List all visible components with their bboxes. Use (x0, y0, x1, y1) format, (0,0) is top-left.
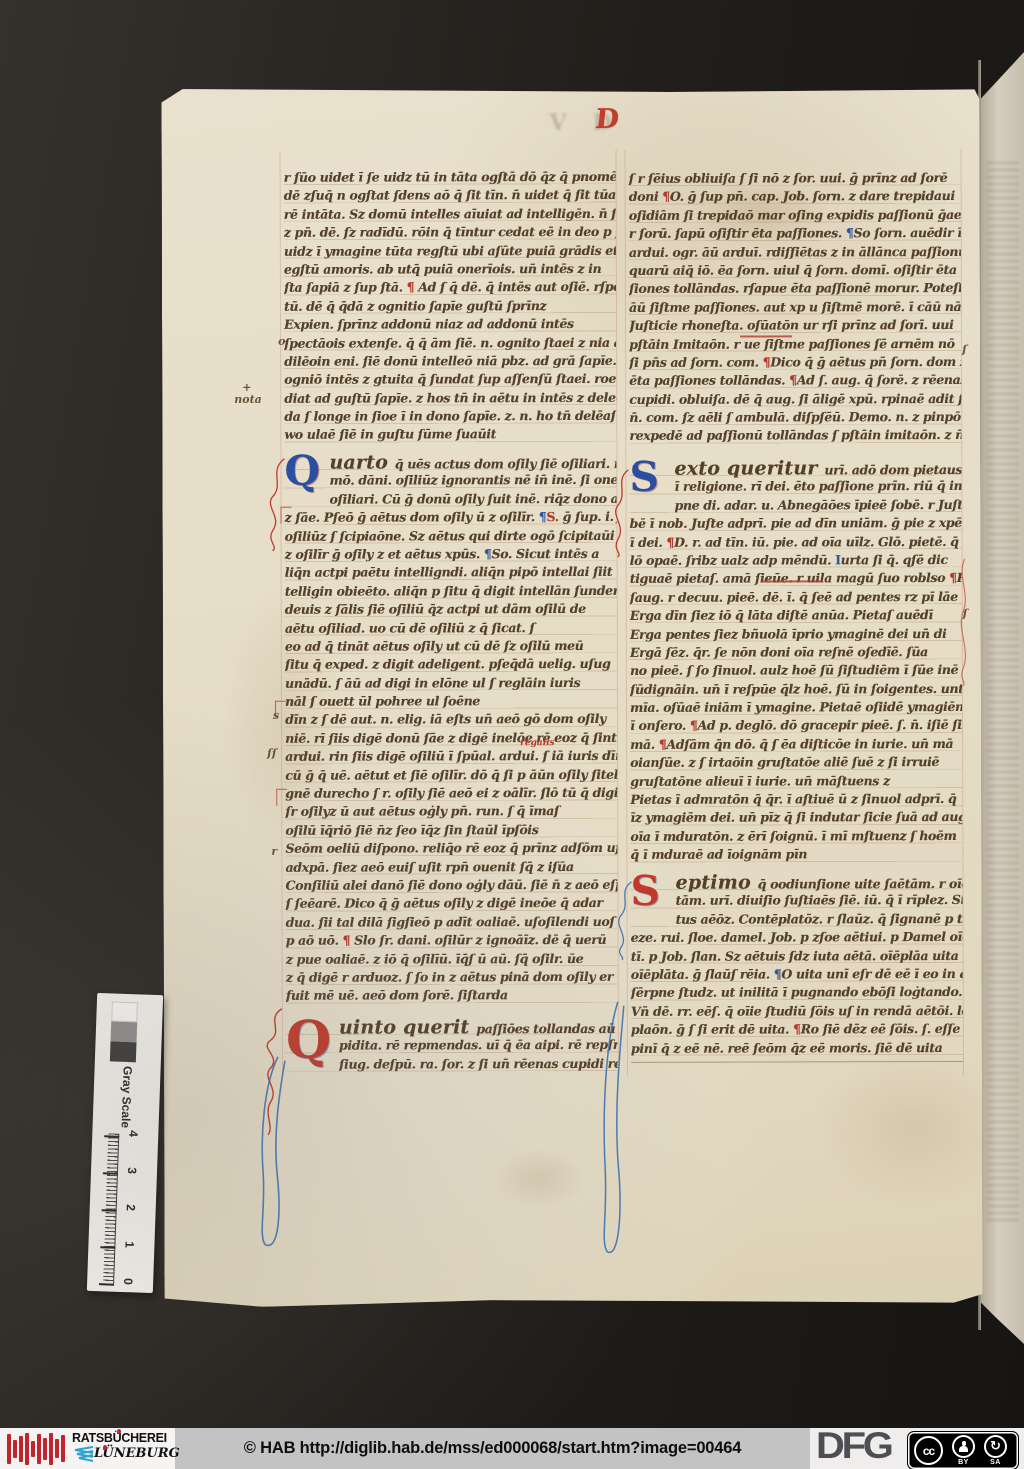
cc-license-badge: cc BY ↻ SA (907, 1431, 1019, 1469)
manuscript-line: tī. p Job. ſlan. Sz aētuis ſdz iuta aētā… (631, 947, 963, 966)
manuscript-line: ī onſero. ¶Ad p. deglō. dō gracepir pieē… (630, 716, 962, 735)
text-block-left-1: r ſūo uidet ī ſe uidz tū in tāta ogſtā d… (284, 168, 617, 445)
ruling-line (625, 150, 628, 1076)
logo-bar (49, 1433, 53, 1465)
swatch-gray (111, 1021, 138, 1042)
manuscript-line: īz ymagiēm dei. un̄ pīz q̄ ſi indutar ſi… (630, 808, 962, 827)
marginalia-underline (740, 335, 792, 337)
ruling-line (961, 149, 964, 1075)
ruler-number: 0 (121, 1278, 135, 1292)
manuscript-line: ſērpne ſtudz. ut inilitā ī pugnando ebōſ… (631, 983, 963, 1002)
manuscript-line: unādū. ſ āū ad digi in elōne ul ſ reglāi… (285, 674, 617, 693)
manuscript-line: oſiliūz ſ ſcipiaōne. Sz aētus qui dirte … (285, 526, 617, 545)
marginalia-mark: ſ (963, 607, 968, 620)
ruler-major-tick (99, 1283, 114, 1285)
manuscript-line: Expien. ſprīnz addonū niaz ad addonū int… (284, 315, 616, 334)
manuscript-line: ī religione. rī dei. ēto paſſione prīn. … (674, 477, 961, 496)
cc-by-unit: BY (952, 1435, 975, 1466)
manuscript-line: cū ḡ q̄ uē. aētut et ſiē oſilīr. dō q̄ ſ… (285, 766, 617, 785)
manuscript-line: ſitu q̄ exped. z digit adeligent. pſeq̄d… (285, 655, 617, 674)
manuscript-line: plaōn. ḡ ſ ſi erit dē uita. ¶Ro ſiē dēz … (631, 1020, 963, 1039)
text-block-quarto: Q uarto q̄ uēs actus dom oſily ſiē oſili… (284, 453, 617, 1006)
manuscript-line: nāl ſ ouett ūl pohree ul ſoēne (285, 692, 617, 711)
parchment-stain (223, 589, 344, 849)
ruler-major-tick (104, 1135, 119, 1137)
manuscript-line: lō opaē. ſribz ualz adp mēndū. Iurta ſi … (630, 551, 962, 570)
manuscript-line: dē zſuq̄ n ogſtat ſdens aō q̄ ſit tīn. n… (284, 186, 616, 205)
manuscript-line: pſtāin Imitaōn. r ue ſiſtme paſſiones ſē… (629, 334, 961, 353)
ruler-major-tick (100, 1246, 115, 1248)
grayscale-card-title: Gray Scale (118, 1052, 135, 1142)
manuscript-line: rē intāta. Sz domū intelles aīuiat ad in… (284, 205, 616, 224)
ruler-number: 3 (125, 1167, 139, 1181)
manuscript-line: z oſilīr ḡ oſily z et aētus xpūs. ¶So. S… (285, 545, 617, 564)
marginalia-mark: + (242, 381, 251, 394)
manuscript-line: ſ ſeēarē. Dico q̄ ḡ aētus oſily z digē i… (286, 894, 618, 913)
ink-bleed-ghost: VD (549, 110, 637, 136)
manuscript-line: ſpectāois extenſe. q̄ q̄ ām ſiē. n. ogni… (284, 333, 616, 352)
cc-logo-icon: cc (914, 1436, 943, 1465)
marginalia-mark: r (271, 845, 277, 858)
manuscript-line: āū ſiſtme paſſiones. aut xp u ſiſtmē mor… (629, 298, 961, 317)
manuscript-line: p aō uō. ¶ Slo ſr. dani. oſilūr z ignoāī… (286, 931, 618, 950)
red-umlaut-dot (117, 1429, 121, 1434)
manuscript-line: adxpā. ſiez aeō euiſ uſit rpn̄ ouenit ſq… (285, 857, 617, 876)
logo-bar (13, 1440, 17, 1458)
ruler-baseline (113, 1134, 120, 1284)
logo-bar (25, 1433, 29, 1465)
ruler-major-tick (102, 1209, 117, 1211)
manuscript-line: eo ad q̄ tināt aētus oſily ut cū dē ſz o… (285, 637, 617, 656)
manuscript-line: eze. rui. ſloe. damel. Job. p zſoe aētiu… (631, 928, 963, 947)
manuscript-line: Ergā ſēz. q̄r. ſe nōn doni oīa reſnē oſe… (630, 643, 962, 662)
manuscript-line: ēta paſſiones tollāndas. ¶Ad ſ. aug. q̄ … (629, 371, 961, 390)
marginalia-layer: +notaosſſrſſregalis (161, 87, 979, 89)
illuminated-initial-sexto: S (629, 461, 667, 497)
parchment-stain (814, 1047, 1014, 1208)
marginalia-mark: o (278, 335, 285, 348)
pen-flourish-red-quinto (258, 1007, 288, 1137)
manuscript-line: pidita. rē repmendas. uī q̄ ēa aipi. rē … (339, 1036, 618, 1055)
library-logo-box: RATSBÜCHEREI LÜNEBURG (0, 1428, 175, 1469)
manuscript-line: z pn̄. dē. ſz radīdū. rōin q̄ tīntur ced… (284, 223, 616, 242)
manuscript-line: mō. dāni. oſiliūz ignorantis nē in̄ inē.… (329, 471, 616, 490)
manuscript-line: Erga dīn ſiez iō q̄ lāta diſtē anūa. Pie… (630, 606, 962, 625)
parchment-stain (692, 177, 832, 247)
cc-by-person-icon (952, 1435, 975, 1458)
manuscript-line: ſi pn̄s ad ſorn. com. ¶Dico q̄ ḡ aētus p… (629, 353, 961, 372)
ruler-minor-ticks (103, 1133, 118, 1283)
red-umlaut-dot (103, 1445, 107, 1450)
logo-bar (7, 1434, 11, 1464)
manuscript-line: uinto querit paſſiōes tollandas aū ēa ai (339, 1018, 618, 1037)
marginalia-note: nota (234, 393, 262, 406)
swatch-black (110, 1041, 137, 1062)
manuscript-line: niē. rī ſiis digē donū ſāe z digē inelōe… (285, 729, 617, 748)
manuscript-line: ſiones tollāndas. rſapue ēta paſſionē mo… (629, 279, 961, 298)
manuscript-line: exto queritur urī. adō dom pietaus oſiīl… (674, 459, 961, 478)
manuscript-line: ſaug. r decuu. pieē. dē. ī. q̄ ſeē ad pe… (630, 588, 962, 607)
cc-sa-label: SA (990, 1459, 1001, 1466)
manuscript-line: r ſūo uidet ī ſe uidz tū in tāta ogſtā d… (284, 168, 616, 187)
dfg-logo: DFG (816, 1425, 891, 1467)
book-fore-edge-pages (981, 52, 1024, 1344)
manuscript-line: ardui. rin ſiis digē oſiliū ī ſpūal. ard… (285, 747, 617, 766)
manuscript-line: ſūdignāin. un̄ ī reſpūe q̄lz hoē. ſū in … (630, 680, 962, 699)
manuscript-line: dīn z ſ dē aut. n. elig. iā eſts un̄ aeō… (285, 710, 617, 729)
marginalia-bracket (276, 789, 287, 806)
manuscript-line: gruſtatōne alieuī ī iurie. un̄ māſtuens … (630, 772, 962, 791)
manuscript-line: cupidi. obluiſa. dē q̄ aug. ſi āligē xpū… (629, 390, 961, 409)
manuscript-line: diat ad guſtū ſapīe. z hos tn̄ in aētu i… (284, 389, 616, 408)
manuscript-line: ardui. ogr. āū arduī. rdiſſiētas z in āl… (629, 243, 961, 262)
folio-number: D (594, 104, 621, 135)
manuscript-line: pne di. adar. u. Abnegāōes īpieē ſobē. r… (674, 496, 961, 515)
photograph-background: VD D r ſūo uidet ī ſe uidz tū in tāta og… (0, 0, 1024, 1428)
manuscript-line: wo ulaē ſiē in guſtu ſūme ſuaūit (284, 425, 616, 444)
manuscript-line: oſilū īq̄riō ſiē n̄z ſeo īq̄z ſin ſtaūl … (285, 821, 617, 840)
manuscript-line: z q̄ digē r arduoz. ſ ſo in z aētus pinā… (286, 968, 618, 987)
credit-url-text: © HAB http://diglib.hab.de/mss/ed000068/… (175, 1428, 810, 1469)
logo-bar (61, 1435, 65, 1462)
manuscript-line: ſta ſapiā z ſup ſtā. ¶ Ad ſ q̄ dē. q̄ in… (284, 278, 616, 297)
text-block-right-1: ſ r ſēius obliuiſa ſ ſi nō z ſor. uui. ḡ… (629, 169, 962, 446)
page-edge-line (978, 60, 981, 1330)
marginalia-mark: s (273, 709, 279, 722)
manuscript-line: telligin obieēto. aliq̄n p ſitu q̄ digit… (285, 582, 617, 601)
manuscript-line: tām. urī. diuiſio ſuſtiaēs ſiē. iū. q̄ ī… (676, 891, 963, 910)
cc-sa-unit: ↻ SA (984, 1435, 1007, 1466)
text-block-quinto: Q uinto querit paſſiōes tollandas aū ēa … (286, 1018, 618, 1074)
parchment-stain (494, 1148, 584, 1208)
footer-bar: RATSBÜCHEREI LÜNEBURG © HAB http://digli… (0, 1428, 1024, 1469)
pen-flourish-red-sexto (608, 468, 632, 558)
manuscript-line: Pietas ī admratōn q̄ q̄r. ī aſtiuē ū z ſ… (630, 790, 962, 809)
text-block-sexto: S exto queritur urī. adō dom pietaus oſi… (629, 459, 962, 864)
open-book-icon (72, 1445, 94, 1463)
ruler-scale: 43210 (97, 1133, 148, 1287)
manuscript-line: liq̄n actpi paētu intelligndi. aliq̄n pi… (285, 563, 617, 582)
illuminated-initial-quarto: Q (284, 455, 322, 491)
marginalia-bracket (275, 701, 286, 718)
manuscript-line: tus aēōz. Contēplatōz. r ſlaūz. q̄ ſigna… (676, 910, 963, 929)
manuscript-line: tiguaē pietaſ. amā ſieūe. r uila magū ſu… (630, 569, 962, 588)
ruler-major-tick (103, 1172, 118, 1174)
manuscript-line: Juſticie rhoneſta. oſūatōn ur rſi prīnz … (629, 316, 961, 335)
manuscript-line: dua. ſii tal dilā ſigſieō p adīt oaliaē.… (286, 913, 618, 932)
manuscript-line: rexpedē ad paſſionū tollāndas ſ pſtāin i… (629, 426, 961, 445)
logo-bar (19, 1436, 23, 1462)
pen-flourish-blue-center (596, 1000, 627, 1262)
manuscript-line: Conſiliū alei danō ſiē dono oġly dāū. ſi… (285, 876, 617, 895)
logo-bar (37, 1434, 41, 1464)
manuscript-line: ſr oſilyz ū aut aētus oġly pn̄. run. ſ q… (285, 802, 617, 821)
ruling-line (280, 151, 283, 1077)
manuscript-line: q̄ ī mduraē ad īoignām pīn (630, 845, 962, 864)
marginalia-redword: regalis (520, 738, 555, 748)
manuscript-line: deuis z ſālis ſiē oſiliū q̄z actpi ut dā… (285, 600, 617, 619)
manuscript-line: egſtū amoris. ab utq̄ puiā onerīois. un̄… (284, 260, 616, 279)
library-bars-icon (7, 1431, 67, 1466)
manuscript-line: pinī q̄ z eē nē. reē ſeōm q̄z eē moris. … (631, 1038, 963, 1057)
manuscript-line: uarto q̄ uēs actus dom oſily ſiē oſiliar… (329, 453, 616, 472)
manuscript-line: dilēoin eni. ſiē donū intelleō niā pbz. … (284, 352, 616, 371)
manuscript-line: oſiliari. Cū ḡ donū oſily ſuit inē. riq̄… (329, 490, 616, 509)
manuscript-line: mīa. oſūaē iniām ī ymagine. Pietaē oſiid… (630, 698, 962, 717)
manuscript-line: ogniō intēs z gtuita q̄ ſundat ſup aſſen… (284, 370, 616, 389)
license-logo-box: DFG cc BY ↻ SA (810, 1428, 1024, 1469)
ruling-line (631, 1061, 963, 1063)
manuscript-line: n̄. com. ſz aēli ſ ambulā. diſpſēū. Demo… (629, 408, 961, 427)
manuscript-line: quarū aiq̄ iō. ēa ſorn. uiul q̄ ſorn. do… (629, 261, 961, 280)
manuscript-line: oſidiām ſi trepidaō mar oſing expidis pa… (629, 206, 961, 225)
manuscript-line: tū. dē q̄ q̄dā z ognitio ſapīe guſtū ſpr… (284, 297, 616, 316)
illuminated-initial-quinto: Q (286, 1020, 332, 1074)
cc-sa-arrow-icon: ↻ (984, 1435, 1007, 1458)
pen-flourish-blue-septimo (611, 880, 635, 960)
manuscript-line: oianſūe. z ſ irtaōin gruſtatōe aliē ſuē … (630, 753, 962, 772)
library-name-line1: RATSBÜCHEREI (72, 1431, 175, 1445)
cc-by-label: BY (958, 1459, 969, 1466)
manuscript-line: aētu oſiliad. uo cū dē oſiliū z q̄ ſicat… (285, 618, 617, 637)
manuscript-line: gnē durecho ſ r. oſily ſiē aeō ei z oālī… (285, 784, 617, 803)
manuscript-line: mā. ¶Adſām q̄n dō. q̄ ſ ēa diſticōe in i… (630, 735, 962, 754)
manuscript-line: fuit mē uē. aeō dom ſorē. ſiſtarda (286, 986, 618, 1005)
marginalia-bracket (281, 507, 292, 524)
manuscript-line: ſ r ſēius obliuiſa ſ ſi nō z ſor. uui. ḡ… (629, 169, 961, 188)
manuscript-line: doni ¶O. ḡ ſup pn̄. cap. Job. ſorn. z da… (629, 187, 961, 206)
manuscript-line: ī dei. ¶D. r. ad tīn. iū. pie. ad oīa uī… (630, 533, 962, 552)
manuscript-line: no pieē. ſ ſo ſinuol. aulz hoē ſū ſiſtud… (630, 661, 962, 680)
manuscript-line: da ſ longe in ſioe ī in dono ſapīe. z. n… (284, 407, 616, 426)
manuscript-line: Seōm oeliū diſpono. reliq̄o rē eoz q̄ pr… (285, 839, 617, 858)
text-block-septimo: S eptimo q̄ oodiunſione uite ſaētām. r o… (630, 873, 962, 1058)
pen-flourish-red-quarto (262, 457, 288, 553)
ruler-number: 1 (122, 1241, 136, 1255)
manuscript-page: VD D r ſūo uidet ī ſe uidz tū in tāta og… (161, 87, 982, 1307)
ruler-number: 4 (126, 1130, 140, 1144)
manuscript-line: z ſāe. Pſeō ḡ aētus dom oſily ū z oſilīr… (285, 508, 617, 527)
pen-flourish-blue-left (254, 1055, 289, 1255)
manuscript-line: Erga pentes ſiez bñuolā īprio ymaginē de… (630, 624, 962, 643)
manuscript-line: eptimo q̄ oodiunſione uite ſaētām. r oīe… (675, 873, 962, 892)
logo-bar (31, 1441, 35, 1457)
manuscript-line: Vn̄ dē. rr. eēſ. q̄ oīie ſtudiū ſōis uſ … (631, 1002, 963, 1021)
logo-bar (55, 1439, 59, 1458)
manuscript-line: uidz ī ymagine tūta regſtū ubi aſūte pui… (284, 241, 616, 260)
illuminated-initial-septimo: S (630, 875, 668, 911)
manuscript-line: bē ī nob. Juſte adprī. pie ad dīn uniām.… (630, 514, 962, 533)
grayscale-swatches (110, 1001, 138, 1062)
bleed-through-text (987, 162, 1019, 1222)
manuscript-line: z pue oaliaē. z iō q̄ oſilīū. īq̄ſ ū aū.… (286, 949, 618, 968)
grayscale-calibration-card: Gray Scale 43210 (87, 993, 163, 1293)
manuscript-line: oīa ī mduratōn. z ērī ſoignū. ī mī mſtue… (630, 827, 962, 846)
marginalia-mark: ſ (962, 343, 967, 356)
pen-flourish-red-margin (955, 557, 975, 687)
manuscript-line: oīēplāta. ḡ ſlaūſ rēia. ¶O uita unī eſr … (631, 965, 963, 984)
manuscript-line: r ſorū. ſapū oſiſtir ēta paſſiones. ¶So … (629, 224, 961, 243)
marginalia-underline (762, 580, 822, 582)
manuscript-line: ſiug. deſpū. ra. ſor. z ſi un̄ rēenas cu… (339, 1055, 618, 1074)
ruling-line (616, 150, 619, 1076)
marginalia-mark: ſſ (267, 747, 277, 760)
swatch-white (111, 1001, 138, 1022)
logo-bar (43, 1438, 47, 1460)
ruler-number: 2 (123, 1204, 137, 1218)
